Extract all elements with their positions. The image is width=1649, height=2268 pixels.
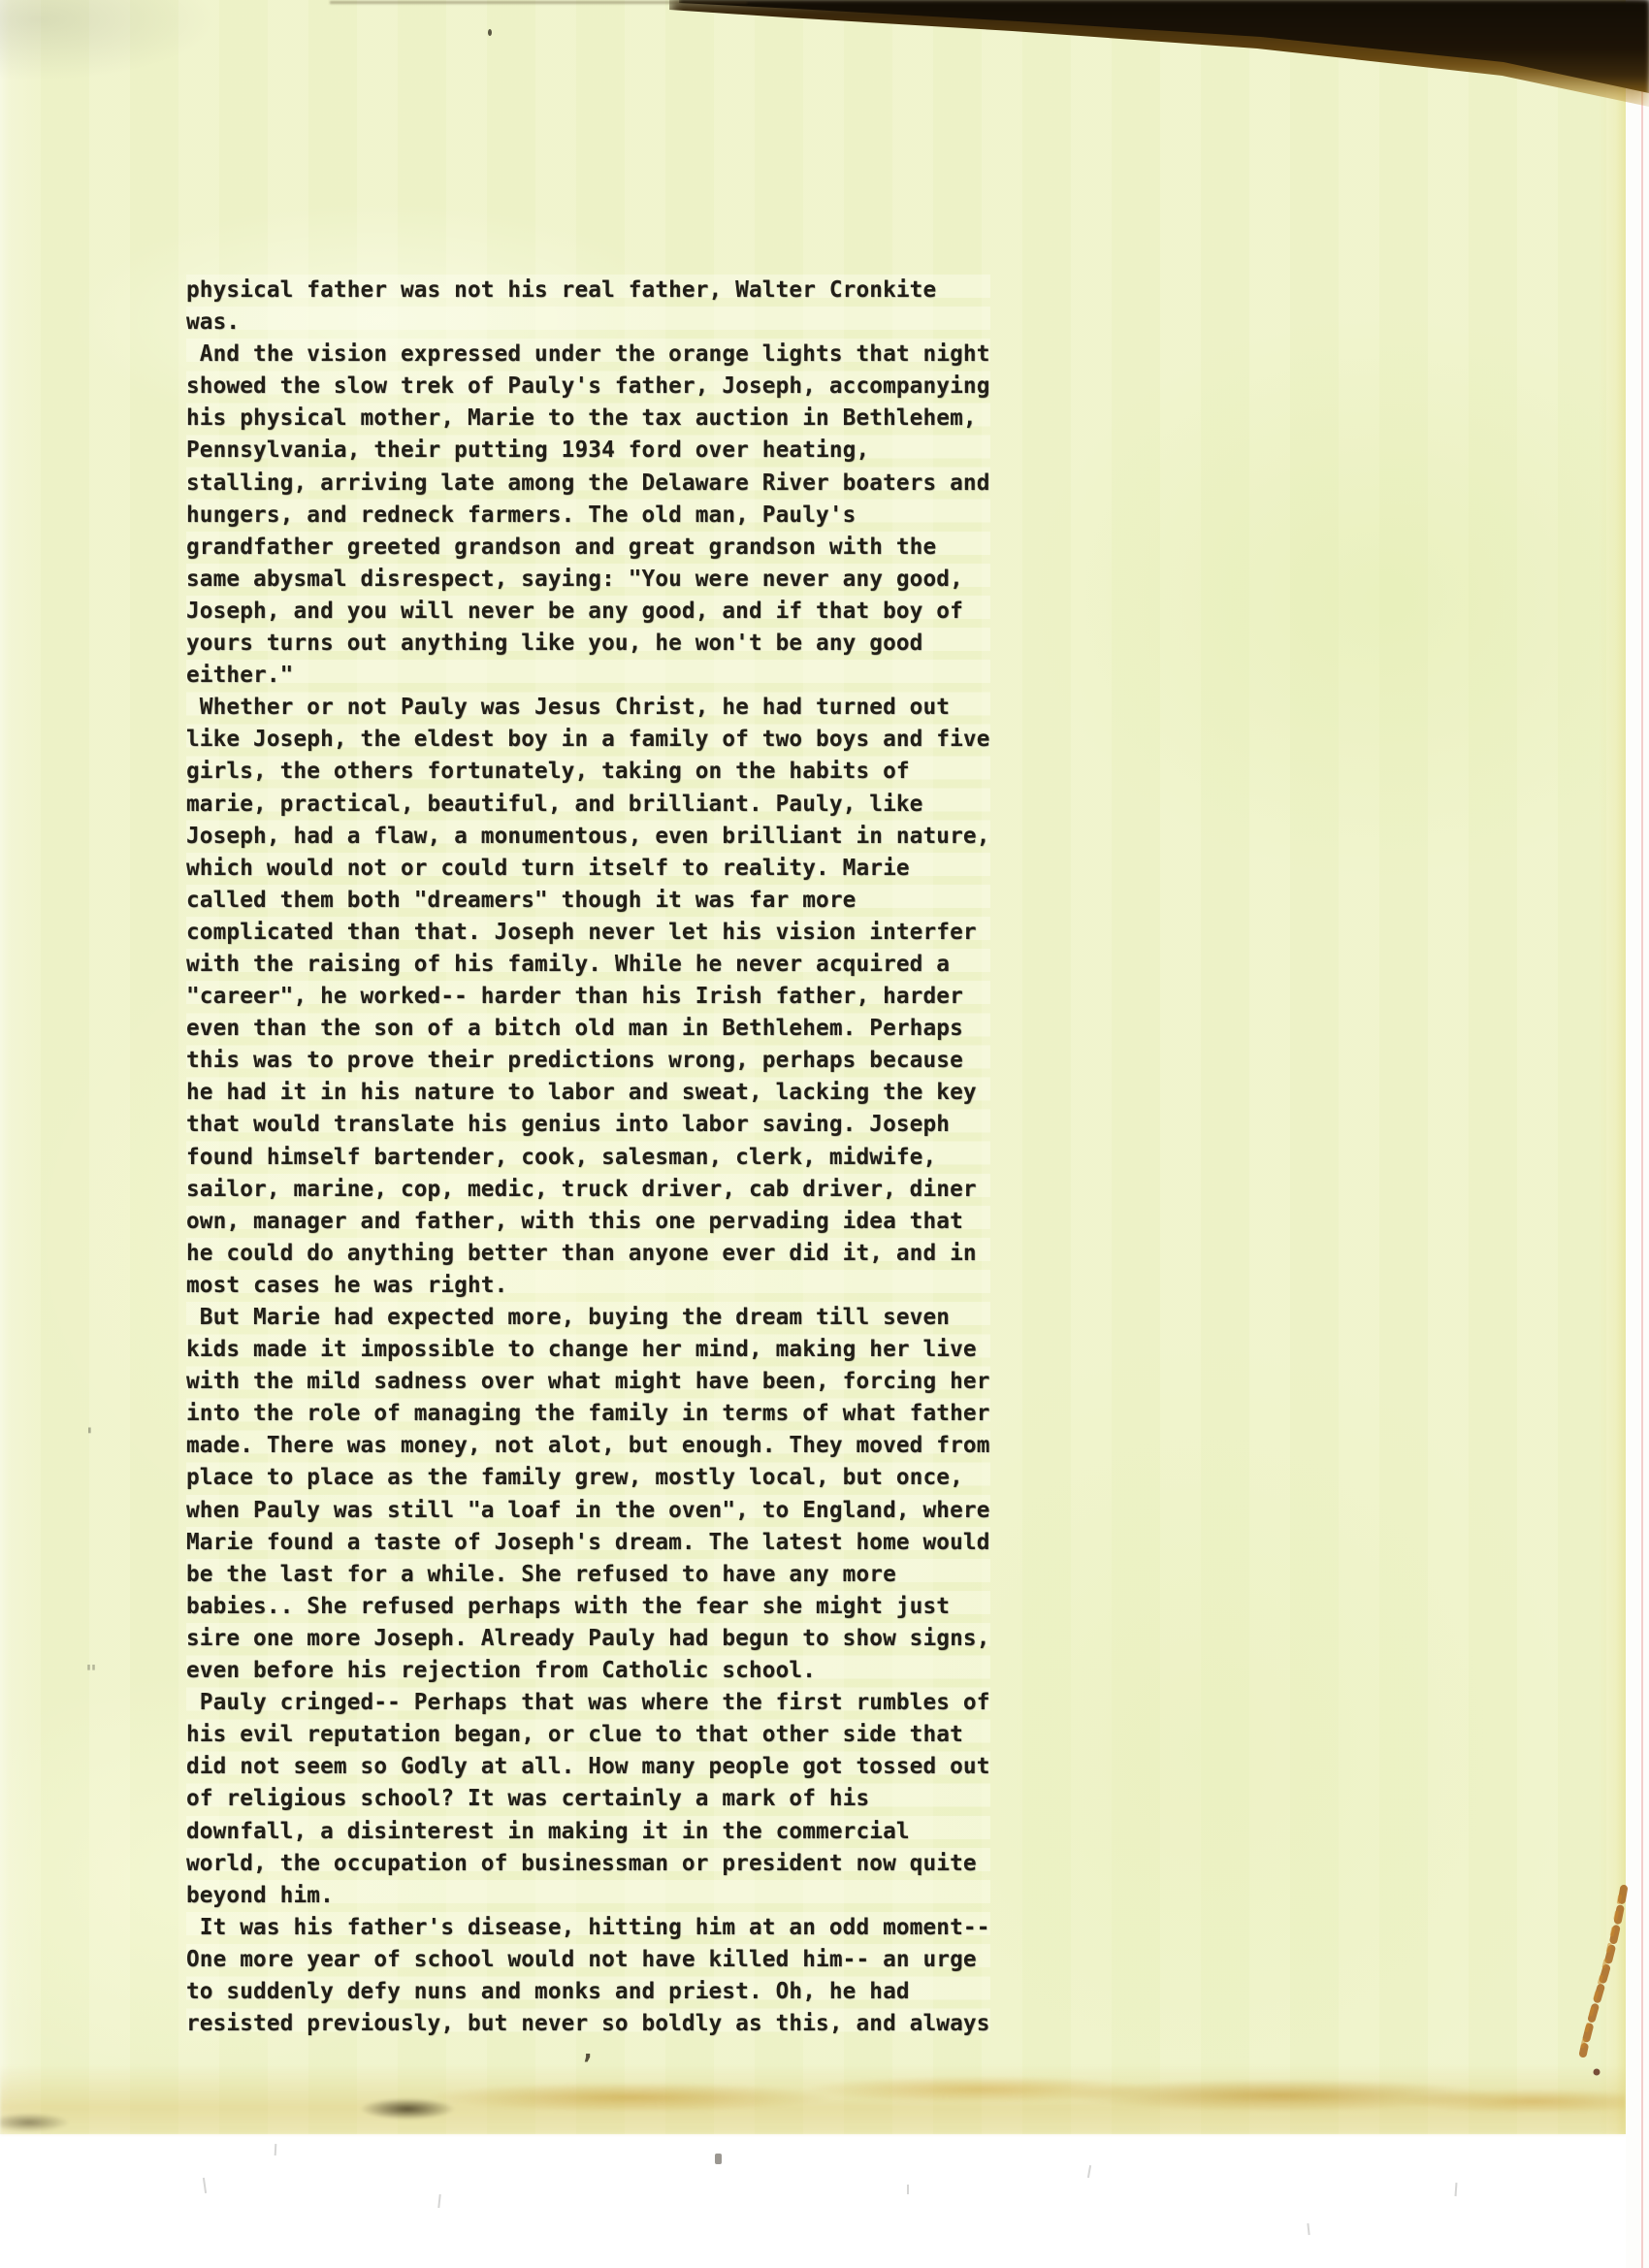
- scan-speckle: [907, 2185, 909, 2194]
- scan-speckle: [275, 2144, 276, 2155]
- ink-speck: [488, 29, 492, 36]
- paper-sheet: physical father was not his real father,…: [0, 0, 1626, 2134]
- scan-speckle: [203, 2178, 207, 2193]
- scanner-edge-line: [1641, 87, 1643, 2268]
- faint-smudge-mark: ": [85, 1661, 97, 1684]
- scan-speckle: [437, 2194, 440, 2208]
- scan-speckle: [715, 2154, 722, 2164]
- scan-speckle: [1307, 2223, 1309, 2235]
- paper-bottom-edge-fringe: [0, 2064, 1626, 2134]
- scan-speckle: [1087, 2165, 1091, 2178]
- scan-top-edge-hairline: [330, 1, 747, 4]
- crease-squiggle-mark: [1547, 1877, 1634, 2086]
- scanned-page: physical father was not his real father,…: [0, 0, 1649, 2268]
- typed-text-block: physical father was not his real father,…: [186, 275, 990, 2040]
- stray-comma-mark: ,: [580, 2035, 596, 2065]
- faint-smudge-mark: ': [83, 1424, 96, 1447]
- scan-speckle: [1455, 2183, 1457, 2196]
